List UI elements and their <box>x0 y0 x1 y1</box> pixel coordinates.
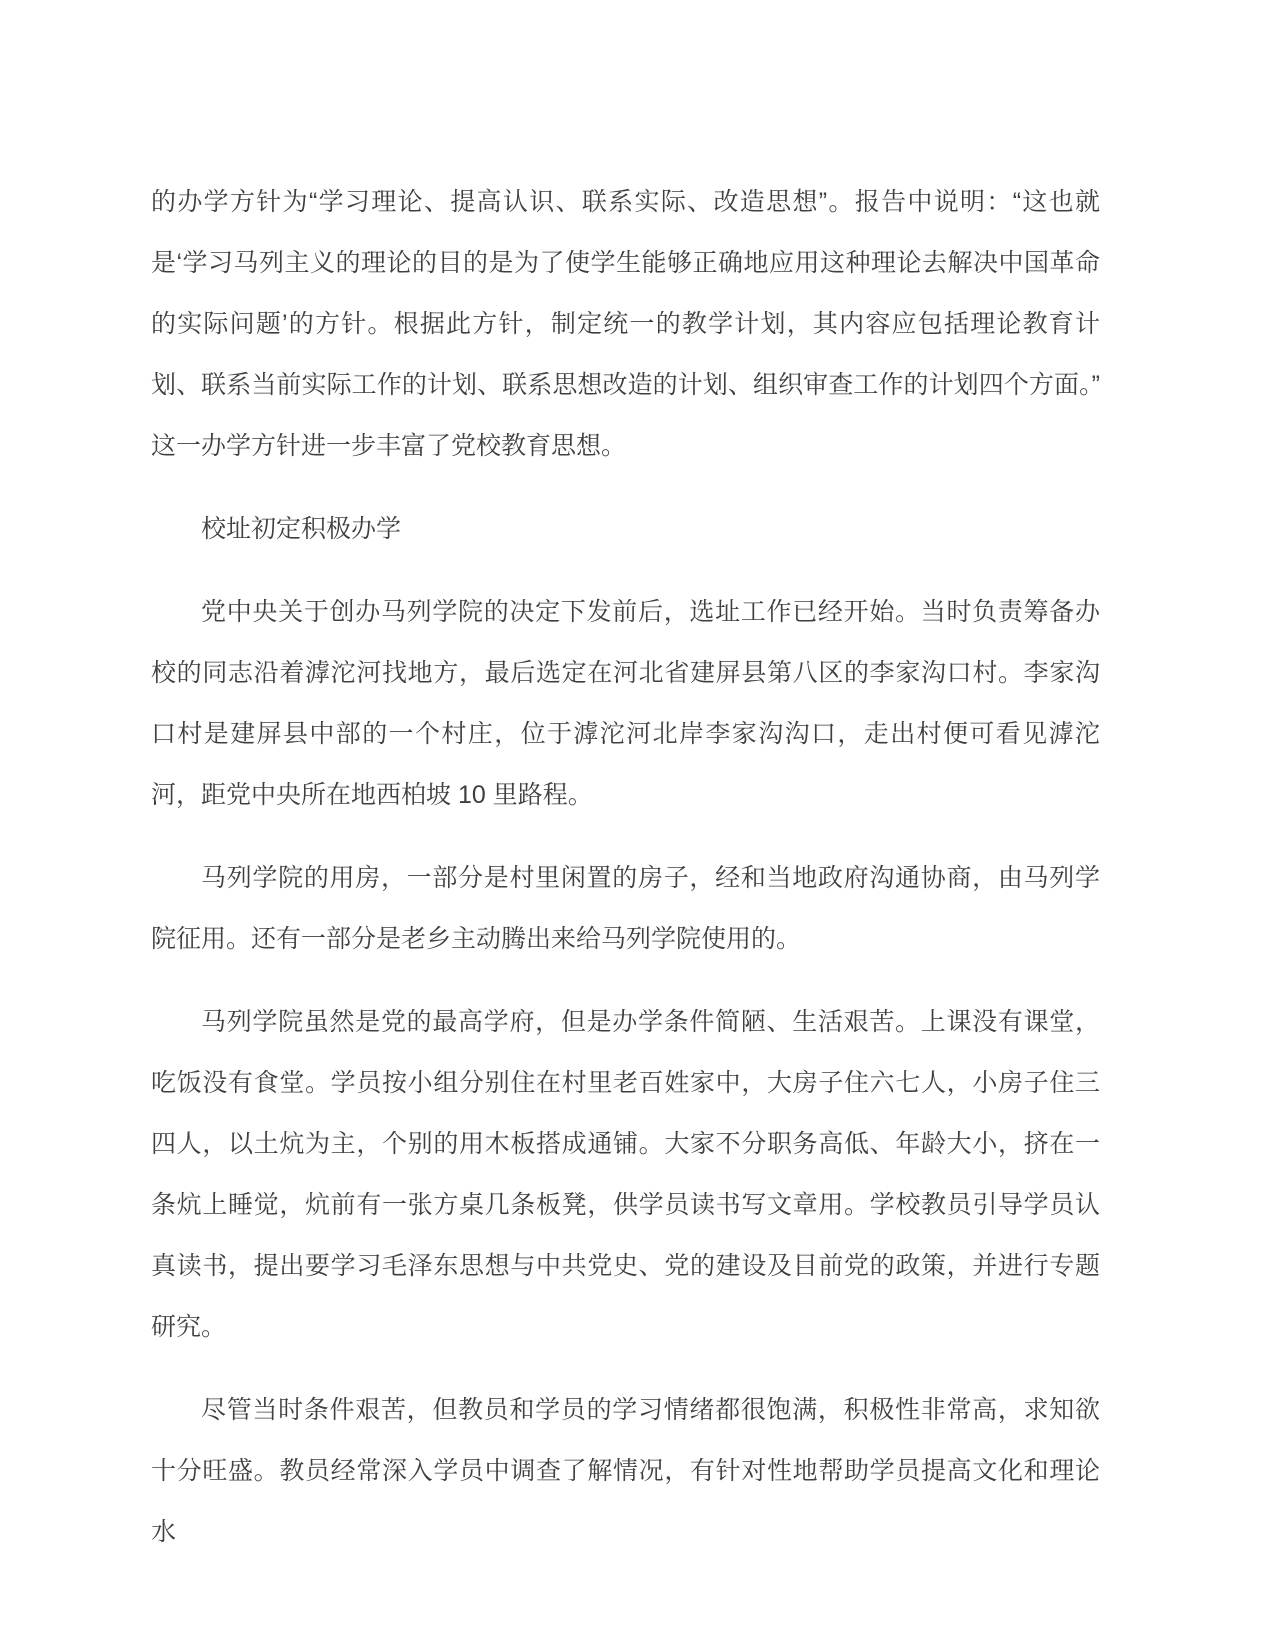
section-heading: 校址初定积极办学 <box>151 499 1100 560</box>
paragraph: 马列学院的用房，一部分是村里闲置的房子，经和当地政府沟通协商，由马列学院征用。还… <box>151 848 1100 970</box>
paragraph-truncated: 尽管当时条件艰苦，但教员和学员的学习情绪都很饱满，积极性非常高，求知欲十分旺盛。… <box>151 1380 1100 1563</box>
document-body: 的办学方针为“学习理论、提高认识、联系实际、改造思想”。报告中说明：“这也就是‘… <box>151 172 1100 1563</box>
paragraph: 党中央关于创办马列学院的决定下发前后，选址工作已经开始。当时负责筹备办校的同志沿… <box>151 582 1100 826</box>
document-page: 的办学方针为“学习理论、提高认识、联系实际、改造思想”。报告中说明：“这也就是‘… <box>0 0 1275 1650</box>
paragraph-continuation: 的办学方针为“学习理论、提高认识、联系实际、改造思想”。报告中说明：“这也就是‘… <box>151 172 1100 477</box>
paragraph: 马列学院虽然是党的最高学府，但是办学条件简陋、生活艰苦。上课没有课堂，吃饭没有食… <box>151 992 1100 1358</box>
